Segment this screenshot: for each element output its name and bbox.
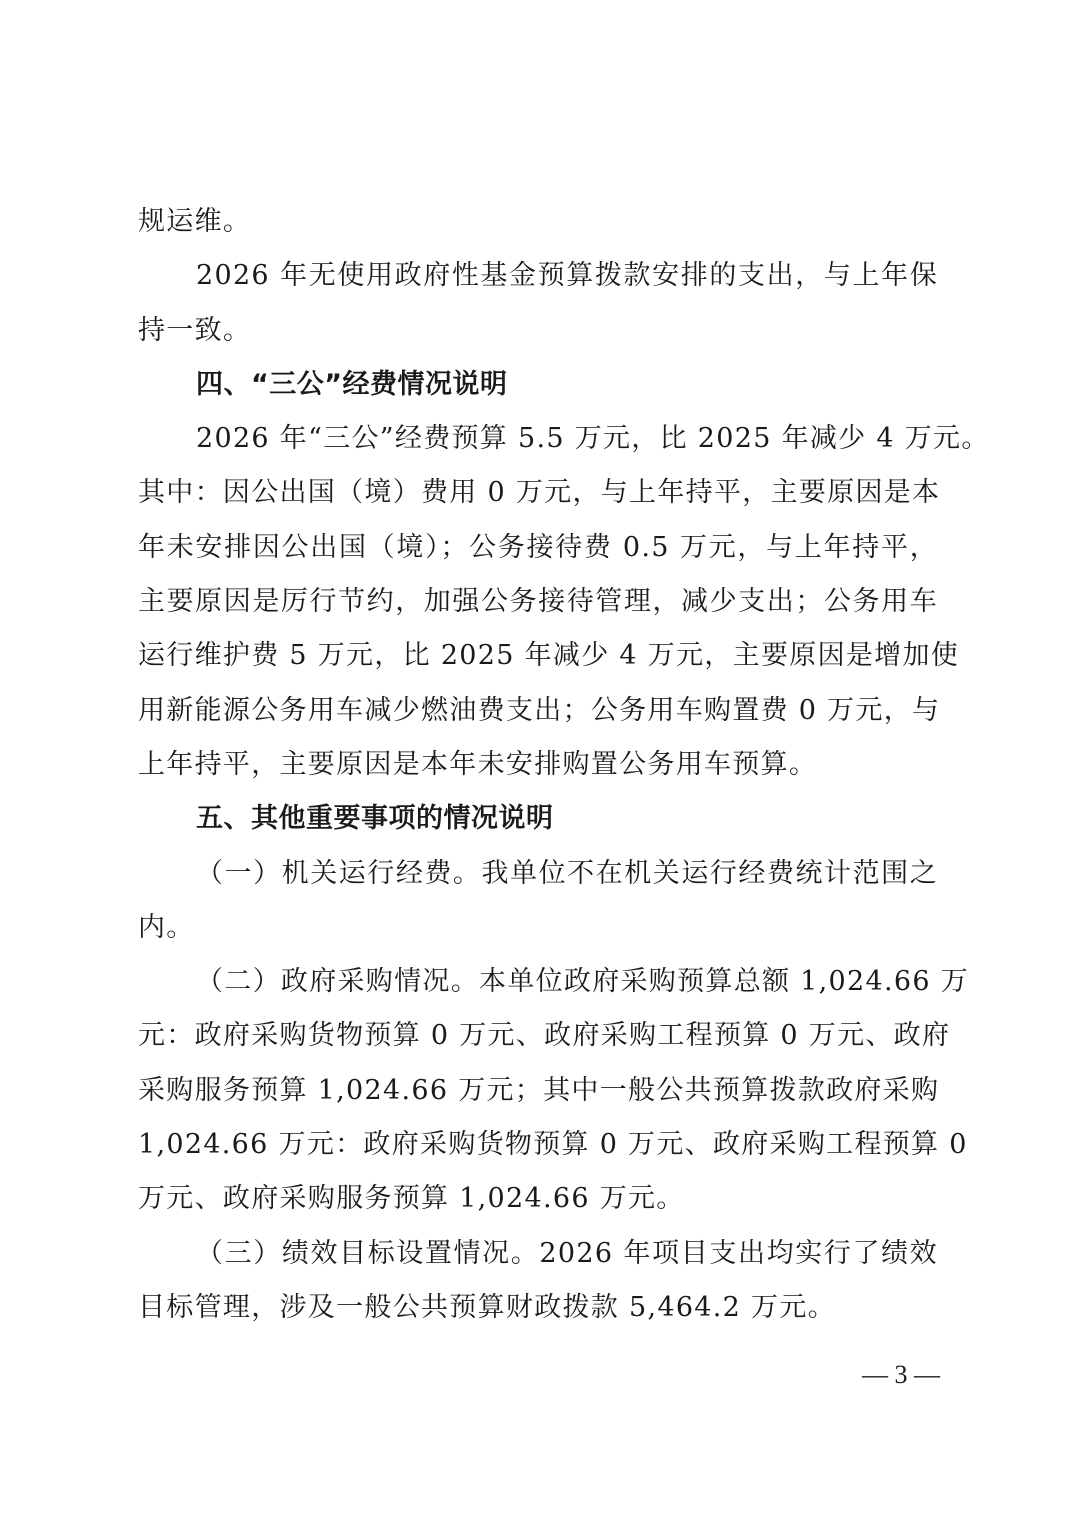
subsection-label: （一）机关运行经费。: [196, 858, 481, 889]
page-number: — 3 —: [860, 1360, 940, 1390]
body-text: 2026 年项目支出均实行了绩效: [539, 1238, 938, 1269]
body-line: 1,024.66 万元：政府采购货物预算 0 万元、政府采购工程预算 0: [138, 1118, 938, 1172]
body-line: 2026 年无使用政府性基金预算拨款安排的支出，与上年保: [138, 249, 938, 303]
body-line: 采购服务预算 1,024.66 万元；其中一般公共预算拨款政府采购: [138, 1064, 938, 1118]
subsection-label: （三）绩效目标设置情况。: [196, 1238, 539, 1269]
document-page: 规运维。 2026 年无使用政府性基金预算拨款安排的支出，与上年保 持一致。 四…: [0, 0, 1074, 1520]
subsection-line-three: （三）绩效目标设置情况。2026 年项目支出均实行了绩效: [138, 1227, 938, 1281]
body-line: 其中：因公出国（境）费用 0 万元，与上年持平，主要原因是本: [138, 466, 938, 520]
body-line: 元：政府采购货物预算 0 万元、政府采购工程预算 0 万元、政府: [138, 1009, 938, 1063]
section-heading-four: 四、“三公”经费情况说明: [138, 358, 938, 412]
body-line: 规运维。: [138, 195, 938, 249]
body-line: 运行维护费 5 万元，比 2025 年减少 4 万元，主要原因是增加使: [138, 629, 938, 683]
body-line: 主要原因是厉行节约，加强公务接待管理，减少支出；公务用车: [138, 575, 938, 629]
body-line: 持一致。: [138, 304, 938, 358]
subsection-line-one: （一）机关运行经费。我单位不在机关运行经费统计范围之: [138, 847, 938, 901]
body-line: 2026 年“三公”经费预算 5.5 万元，比 2025 年减少 4 万元。: [138, 412, 938, 466]
body-line: 内。: [138, 901, 938, 955]
section-heading-five: 五、其他重要事项的情况说明: [138, 792, 938, 846]
body-line: 万元、政府采购服务预算 1,024.66 万元。: [138, 1172, 938, 1226]
subsection-line-two: （二）政府采购情况。本单位政府采购预算总额 1,024.66 万: [138, 955, 938, 1009]
body-line: 上年持平，主要原因是本年未安排购置公务用车预算。: [138, 738, 938, 792]
body-text: 我单位不在机关运行经费统计范围之: [481, 858, 938, 889]
body-text: 本单位政府采购预算总额 1,024.66 万: [479, 966, 969, 997]
document-body: 规运维。 2026 年无使用政府性基金预算拨款安排的支出，与上年保 持一致。 四…: [138, 195, 938, 1335]
body-line: 年未安排因公出国（境）；公务接待费 0.5 万元，与上年持平，: [138, 521, 938, 575]
body-line: 用新能源公务用车减少燃油费支出；公务用车购置费 0 万元，与: [138, 684, 938, 738]
body-line: 目标管理，涉及一般公共预算财政拨款 5,464.2 万元。: [138, 1281, 938, 1335]
subsection-label: （二）政府采购情况。: [196, 966, 479, 997]
